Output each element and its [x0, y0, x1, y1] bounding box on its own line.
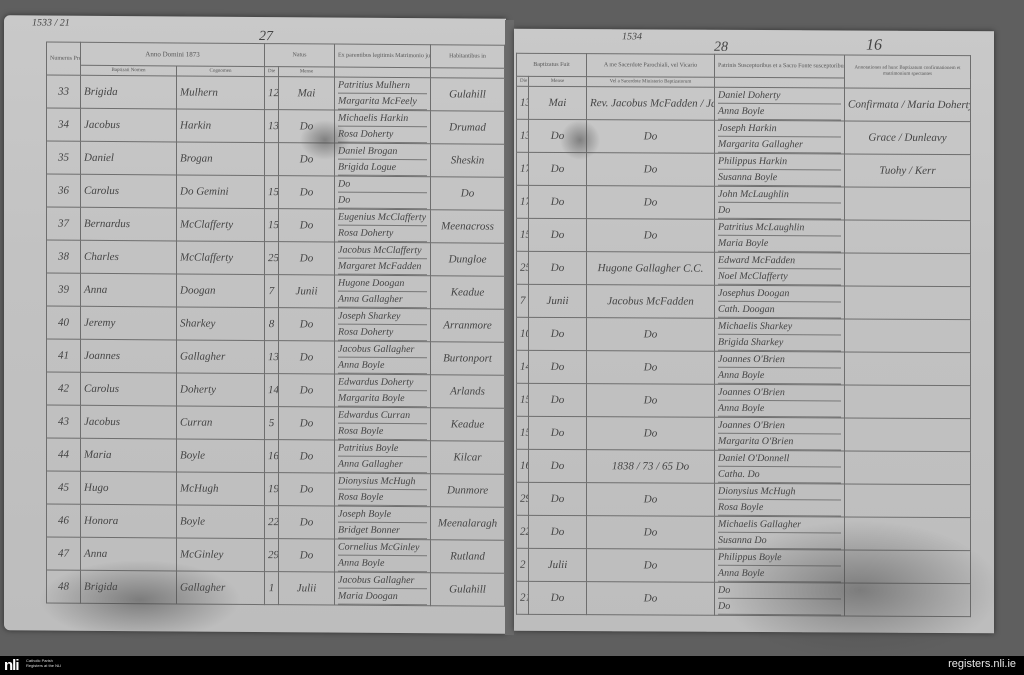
sponsor-1: Michaelis Gallagher [718, 517, 841, 534]
sponsor-1: Joannes O'Brien [718, 385, 841, 402]
header-minister: A me Sacerdote Parochiali, vel Vicario [587, 54, 715, 78]
table-row: 47AnnaMcGinley29DoCornelius McGinleyAnna… [47, 537, 505, 573]
father-name: Cornelius McGinley [338, 540, 427, 557]
baptism-day: 29 [517, 482, 529, 515]
parents: DoDo [335, 176, 431, 210]
register-page-right: 1534 28 16 Baptizatus Fuit A me Sacerdot… [514, 29, 994, 634]
table-row: 35DanielBroganDoDaniel BroganBrigida Log… [47, 141, 505, 177]
sponsor-1: Joannes O'Brien [718, 418, 841, 435]
header-natus: Natus [265, 44, 335, 67]
baptism-day: 7 [517, 284, 529, 317]
minister: Do [587, 516, 715, 550]
site-link[interactable]: registers.nli.ie [948, 658, 1016, 670]
table-row: 2JuliiDoPhilippus BoyleAnna Boyle [517, 548, 971, 583]
surname: McHugh [177, 472, 265, 506]
residence: Meenalaragh [431, 507, 505, 541]
baptism-month: Do [529, 515, 587, 548]
entry-number: 36 [47, 174, 81, 207]
baptised-name: Brigida [81, 570, 177, 604]
entry-number: 41 [47, 339, 81, 372]
baptised-name: Anna [81, 273, 177, 307]
parents: Joseph SharkeyRosa Doherty [335, 308, 431, 342]
header-baptism: Baptizatus Fuit [517, 53, 587, 76]
baptised-name: Brigida [81, 75, 177, 109]
header-sponsors: Patrinis Susceptoribus et a Sacro Fonte … [715, 54, 845, 78]
birth-month: Do [279, 308, 335, 341]
table-row: 46HonoraBoyle22DoJoseph BoyleBridget Bon… [47, 504, 505, 540]
mother-name: Margarita Boyle [338, 391, 427, 408]
surname: Boyle [177, 505, 265, 539]
surname: Brogan [177, 142, 265, 176]
sponsor-1: Josephus Doogan [718, 286, 841, 303]
table-row: 36CarolusDo Gemini15DoDoDoDo [47, 174, 505, 210]
surname: Sharkey [177, 307, 265, 341]
entry-number: 42 [47, 372, 81, 405]
sponsors: Joannes O'BrienAnna Boyle [715, 351, 845, 385]
mother-name: Do [338, 193, 427, 210]
baptism-month: Do [529, 482, 587, 515]
baptised-name: Carolus [81, 174, 177, 208]
birth-day [265, 143, 279, 176]
sponsor-1: Edward McFadden [718, 253, 841, 270]
surname: Boyle [177, 439, 265, 473]
residence: Drumad [431, 111, 505, 145]
sponsors: Dionysius McHughRosa Boyle [715, 483, 845, 517]
table-row: 15DoDoJoannes O'BrienMargarita O'Brien [517, 416, 971, 451]
birth-month: Do [279, 374, 335, 407]
entry-number: 33 [47, 75, 81, 108]
entry-number: 45 [47, 471, 81, 504]
sponsor-2: Anna Boyle [718, 368, 841, 385]
surname: Gallagher [177, 571, 265, 605]
birth-day: 15 [265, 176, 279, 209]
minister: Hugone Gallagher C.C. [587, 252, 715, 286]
table-row: 25DoHugone Gallagher C.C.Edward McFadden… [517, 251, 971, 286]
entry-number: 35 [47, 141, 81, 174]
sponsor-2: Susanna Boyle [718, 170, 841, 187]
minister: Jacobus McFadden [587, 285, 715, 319]
minister: Do [587, 318, 715, 352]
baptism-month: Do [529, 152, 587, 185]
baptism-month: Do [529, 449, 587, 482]
mother-name: Anna Gallagher [338, 292, 427, 309]
parents: Jacobus GallagherMaria Doogan [335, 572, 431, 606]
sponsor-2: Margarita Gallagher [718, 137, 841, 154]
parents: Michaelis HarkinRosa Doherty [335, 110, 431, 144]
table-row: 41JoannesGallagher13DoJacobus GallagherA… [47, 339, 505, 375]
baptism-day: 10 [517, 317, 529, 350]
sponsor-2: Do [718, 599, 841, 616]
sponsors: Philippus BoyleAnna Boyle [715, 549, 845, 583]
sponsors: Josephus DooganCath. Doogan [715, 285, 845, 319]
table-row: 17DoDoJohn McLaughlinDo [517, 185, 971, 220]
mother-name: Anna Boyle [338, 556, 427, 573]
table-row: 48BrigidaGallagher1JuliiJacobus Gallaghe… [47, 570, 505, 606]
sponsors: Michaelis GallagherSusanna Do [715, 516, 845, 550]
annotations [845, 253, 971, 287]
birth-day: 29 [265, 539, 279, 572]
birth-month: Do [279, 209, 335, 242]
table-row: 21DoDoDoDo [517, 581, 971, 616]
table-row: 15DoDoPatritius McLaughlinMaria Boyle [517, 218, 971, 253]
parents: Cornelius McGinleyAnna Boyle [335, 539, 431, 573]
mother-name: Anna Boyle [338, 358, 427, 375]
mother-name: Margarita McFeely [338, 94, 427, 111]
baptised-name: Bernardus [81, 207, 177, 241]
surname: Curran [177, 406, 265, 440]
parents: Dionysius McHughRosa Boyle [335, 473, 431, 507]
sponsor-1: Dionysius McHugh [718, 484, 841, 501]
residence: Rutland [431, 540, 505, 574]
birth-month: Do [279, 341, 335, 374]
header-notes: Annotationes ad hunc Baptizatum confirma… [845, 55, 971, 89]
sponsors: Edward McFaddenNoel McClafferty [715, 252, 845, 286]
entry-number: 48 [47, 570, 81, 603]
header-month: Mense [529, 76, 587, 86]
sponsor-2: Maria Boyle [718, 236, 841, 253]
baptism-day: 21 [517, 581, 529, 614]
baptism-register-right: Baptizatus Fuit A me Sacerdote Parochial… [516, 53, 971, 617]
annotations [845, 220, 971, 254]
sponsors: Joannes O'BrienAnna Boyle [715, 384, 845, 418]
sponsors: Patritius McLaughlinMaria Boyle [715, 219, 845, 253]
birth-month: Mai [279, 77, 335, 110]
entry-number: 39 [47, 273, 81, 306]
sponsors: Michaelis SharkeyBrigida Sharkey [715, 318, 845, 352]
header-sponsors-sub [715, 77, 845, 88]
birth-month: Do [279, 176, 335, 209]
birth-month: Do [279, 539, 335, 572]
annotations [845, 352, 971, 386]
baptism-month: Do [529, 350, 587, 383]
baptism-month: Do [529, 317, 587, 350]
minister: Do [587, 384, 715, 418]
residence: Kilcar [431, 441, 505, 475]
mother-name: Rosa Boyle [338, 490, 427, 507]
parents: Jacobus McClaffertyMargaret McFadden [335, 242, 431, 276]
baptism-month: Do [529, 119, 587, 152]
father-name: Joseph Boyle [338, 507, 427, 524]
baptism-register-left: Numerus Progressivus Anno Domini 1873 Na… [46, 42, 505, 607]
father-name: Daniel Brogan [338, 144, 427, 161]
father-name: Patritius Mulhern [338, 78, 427, 95]
table-row: 42CarolusDoherty14DoEdwardus DohertyMarg… [47, 372, 505, 408]
residence: Meenacross [431, 210, 505, 244]
sponsors: Joseph HarkinMargarita Gallagher [715, 120, 845, 154]
parents: Edwardus CurranRosa Boyle [335, 407, 431, 441]
sponsor-1: Philippus Harkin [718, 154, 841, 171]
sponsor-1: Philippus Boyle [718, 550, 841, 567]
table-row: 38CharlesMcClafferty25DoJacobus McClaffe… [47, 240, 505, 276]
baptism-month: Do [529, 581, 587, 614]
residence: Dunmore [431, 474, 505, 508]
father-name: Edwardus Curran [338, 408, 427, 425]
baptism-month: Julii [529, 548, 587, 581]
parents: Jacobus GallagherAnna Boyle [335, 341, 431, 375]
header-day: Die [517, 76, 529, 86]
header-parents-sub [335, 67, 431, 78]
book-gutter [505, 20, 514, 635]
baptism-day: 2 [517, 548, 529, 581]
table-row: 14DoDoJoannes O'BrienAnna Boyle [517, 350, 971, 385]
header-year: Anno Domini 1873 [81, 42, 265, 66]
surname: Gallagher [177, 340, 265, 374]
birth-day: 19 [265, 473, 279, 506]
header-day: Die [265, 67, 279, 77]
baptism-month: Do [529, 251, 587, 284]
baptised-name: Hugo [81, 471, 177, 505]
birth-day: 12 [265, 77, 279, 110]
annotations [845, 385, 971, 419]
header-baptised-name: Baptizati Nomen [81, 65, 177, 76]
baptised-name: Carolus [81, 372, 177, 406]
table-row: 7JuniiJacobus McFaddenJosephus DooganCat… [517, 284, 971, 319]
annotations [845, 187, 971, 221]
baptism-day: 13 [517, 86, 529, 119]
table-row: 13DoDoJoseph HarkinMargarita GallagherGr… [517, 119, 971, 154]
father-name: Jacobus Gallagher [338, 342, 427, 359]
sponsor-2: Catha. Do [718, 467, 841, 484]
residence: Gulahill [431, 78, 505, 112]
table-row: 33BrigidaMulhern12MaiPatritius MulhernMa… [47, 75, 505, 111]
baptised-name: Anna [81, 537, 177, 571]
sponsor-2: Noel McClafferty [718, 269, 841, 286]
parents: Hugone DooganAnna Gallagher [335, 275, 431, 309]
baptism-month: Do [529, 416, 587, 449]
residence: Keadue [431, 408, 505, 442]
father-name: Edwardus Doherty [338, 375, 427, 392]
table-row: 10DoDoMichaelis SharkeyBrigida Sharkey [517, 317, 971, 352]
table-row: 15DoDoJoannes O'BrienAnna Boyle [517, 383, 971, 418]
baptism-day: 14 [517, 350, 529, 383]
residence: Gulahill [431, 573, 505, 607]
sponsor-1: Joannes O'Brien [718, 352, 841, 369]
sponsor-1: Patritius McLaughlin [718, 220, 841, 237]
surname: Doogan [177, 274, 265, 308]
baptised-name: Charles [81, 240, 177, 274]
baptised-name: Jacobus [81, 405, 177, 439]
birth-day: 14 [265, 374, 279, 407]
table-row: 29DoDoDionysius McHughRosa Boyle [517, 482, 971, 517]
surname: McClafferty [177, 208, 265, 242]
sponsor-2: Susanna Do [718, 533, 841, 550]
mother-name: Maria Doogan [338, 589, 427, 606]
baptism-day: 25 [517, 251, 529, 284]
birth-day: 16 [265, 440, 279, 473]
annotations [845, 484, 971, 518]
logo-subtitle: Catholic Parish Registers at the NLI [26, 659, 66, 668]
header-residence: Habitantibus in [431, 45, 505, 69]
minister: Do [587, 153, 715, 187]
residence: Sheskin [431, 144, 505, 178]
parents: Patritius BoyleAnna Gallagher [335, 440, 431, 474]
birth-day: 13 [265, 341, 279, 374]
sponsors: Philippus HarkinSusanna Boyle [715, 153, 845, 187]
father-name: Dionysius McHugh [338, 474, 427, 491]
baptism-month: Do [529, 383, 587, 416]
parents: Patritius MulhernMargarita McFeely [335, 77, 431, 111]
annotations: Tuohy / Kerr [845, 154, 971, 188]
minister: Do [587, 417, 715, 451]
minister: Do [587, 582, 715, 616]
minister: 1838 / 73 / 65 Do [587, 450, 715, 484]
baptised-name: Jeremy [81, 306, 177, 340]
annotations [845, 583, 971, 617]
table-row: 13MaiRev. Jacobus McFadden / Jacobus McF… [517, 86, 971, 121]
corner-mark: 1533 / 21 [32, 17, 70, 28]
father-name: Jacobus Gallagher [338, 573, 427, 590]
annotations [845, 451, 971, 485]
entry-number: 43 [47, 405, 81, 438]
sponsors: Daniel O'DonnellCatha. Do [715, 450, 845, 484]
surname: Doherty [177, 373, 265, 407]
sponsors: John McLaughlinDo [715, 186, 845, 220]
surname: Do Gemini [177, 175, 265, 209]
mother-name: Rosa Doherty [338, 127, 427, 144]
table-row: 16Do1838 / 73 / 65 DoDaniel O'DonnellCat… [517, 449, 971, 484]
father-name: Hugone Doogan [338, 276, 427, 293]
annotations: Confirmata / Maria Doherty [845, 88, 971, 122]
sponsor-2: Brigida Sharkey [718, 335, 841, 352]
minister: Rev. Jacobus McFadden / Jacobus McFadden… [587, 87, 715, 121]
father-name: Eugenius McClafferty [338, 210, 427, 227]
mother-name: Anna Gallagher [338, 457, 427, 474]
birth-month: Do [279, 440, 335, 473]
mother-name: Margaret McFadden [338, 259, 427, 276]
baptism-day: 13 [517, 119, 529, 152]
table-row: 37BernardusMcClafferty15DoEugenius McCla… [47, 207, 505, 243]
father-name: Patritius Boyle [338, 441, 427, 458]
sponsor-1: John McLaughlin [718, 187, 841, 204]
entry-number: 47 [47, 537, 81, 570]
annotations [845, 550, 971, 584]
baptised-name: Maria [81, 438, 177, 472]
table-row: 45HugoMcHugh19DoDionysius McHughRosa Boy… [47, 471, 505, 507]
surname: McClafferty [177, 241, 265, 275]
residence: Dungloe [431, 243, 505, 277]
nli-logo[interactable]: nli [4, 658, 19, 673]
baptism-day: 17 [517, 152, 529, 185]
parents: Eugenius McClaffertyRosa Doherty [335, 209, 431, 243]
mother-name: Rosa Boyle [338, 424, 427, 441]
sponsor-1: Joseph Harkin [718, 121, 841, 138]
baptised-name: Daniel [81, 141, 177, 175]
sponsor-1: Michaelis Sharkey [718, 319, 841, 336]
birth-day: 25 [265, 242, 279, 275]
birth-day: 1 [265, 572, 279, 605]
header-residence-sub [431, 68, 505, 79]
table-row: 22DoDoMichaelis GallagherSusanna Do [517, 515, 971, 550]
table-row: 39AnnaDoogan7JuniiHugone DooganAnna Gall… [47, 273, 505, 309]
mother-name: Rosa Doherty [338, 325, 427, 342]
annotations [845, 517, 971, 551]
header-number: Numerus Progressivus [47, 42, 81, 75]
parents: Joseph BoyleBridget Bonner [335, 506, 431, 540]
minister: Do [587, 483, 715, 517]
mother-name: Brigida Logue [338, 160, 427, 177]
sponsors: DoDo [715, 582, 845, 616]
sponsor-1: Daniel O'Donnell [718, 451, 841, 468]
birth-day: 22 [265, 506, 279, 539]
baptism-day: 15 [517, 218, 529, 251]
entry-number: 37 [47, 207, 81, 240]
minister: Do [587, 351, 715, 385]
mother-name: Rosa Doherty [338, 226, 427, 243]
table-row: 17DoDoPhilippus HarkinSusanna BoyleTuohy… [517, 152, 971, 187]
birth-month: Do [279, 143, 335, 176]
birth-month: Do [279, 473, 335, 506]
mother-name: Bridget Bonner [338, 523, 427, 540]
sponsor-2: Anna Boyle [718, 401, 841, 418]
baptism-month: Junii [529, 284, 587, 317]
entry-number: 34 [47, 108, 81, 141]
birth-day: 7 [265, 275, 279, 308]
baptism-month: Mai [529, 86, 587, 119]
birth-month: Do [279, 110, 335, 143]
entry-number: 46 [47, 504, 81, 537]
baptism-day: 15 [517, 416, 529, 449]
baptised-name: Jacobus [81, 108, 177, 142]
sponsor-1: Do [718, 583, 841, 600]
header-month: Mense [279, 67, 335, 77]
birth-month: Junii [279, 275, 335, 308]
birth-day: 8 [265, 308, 279, 341]
residence: Arlands [431, 375, 505, 409]
annotations [845, 319, 971, 353]
sponsor-2: Margarita O'Brien [718, 434, 841, 451]
annotations [845, 418, 971, 452]
entry-number: 44 [47, 438, 81, 471]
header-surname: Cognomen [177, 66, 265, 77]
document-viewer[interactable]: 1533 / 21 27 Numerus Progressivus Anno D… [0, 0, 1024, 656]
entry-number: 40 [47, 306, 81, 339]
table-row: 44MariaBoyle16DoPatritius BoyleAnna Gall… [47, 438, 505, 474]
surname: Mulhern [177, 76, 265, 110]
folio-number: 16 [866, 37, 882, 55]
sponsors: Daniel DohertyAnna Boyle [715, 87, 845, 121]
sponsor-1: Daniel Doherty [718, 88, 841, 105]
parents: Daniel BroganBrigida Logue [335, 143, 431, 177]
surname: McGinley [177, 538, 265, 572]
birth-month: Do [279, 407, 335, 440]
table-row: 43JacobusCurran5DoEdwardus CurranRosa Bo… [47, 405, 505, 441]
sponsor-2: Anna Boyle [718, 104, 841, 121]
viewer-footer: nli Catholic Parish Registers at the NLI… [0, 656, 1024, 675]
table-row: 40JeremySharkey8DoJoseph SharkeyRosa Doh… [47, 306, 505, 342]
birth-month: Do [279, 242, 335, 275]
baptism-day: 15 [517, 383, 529, 416]
annotations: Grace / Dunleavy [845, 121, 971, 155]
father-name: Michaelis Harkin [338, 111, 427, 128]
father-name: Do [338, 177, 427, 194]
minister: Do [587, 186, 715, 220]
father-name: Jacobus McClafferty [338, 243, 427, 260]
birth-month: Do [279, 506, 335, 539]
residence: Do [431, 177, 505, 211]
surname: Harkin [177, 109, 265, 143]
birth-day: 15 [265, 209, 279, 242]
minister: Do [587, 120, 715, 154]
minister: Do [587, 549, 715, 583]
birth-day: 13 [265, 110, 279, 143]
sponsors: Joannes O'BrienMargarita O'Brien [715, 417, 845, 451]
entry-number: 38 [47, 240, 81, 273]
sponsor-2: Rosa Boyle [718, 500, 841, 517]
header-parents: Ex parentibus legitimis Matrimonio junct… [335, 44, 431, 68]
baptised-name: Joannes [81, 339, 177, 373]
annotations [845, 286, 971, 320]
residence: Burtonport [431, 342, 505, 376]
